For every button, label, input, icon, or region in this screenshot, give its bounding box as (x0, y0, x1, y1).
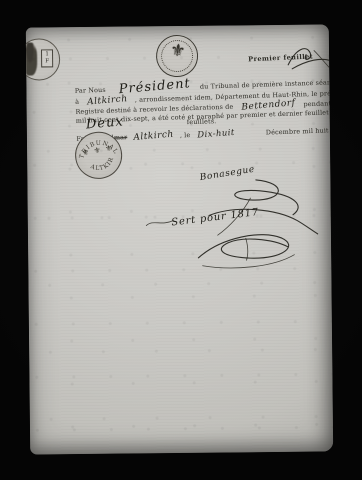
annotation-1817: Sert pour 1817 (171, 207, 260, 229)
paper-sheet: 1 F ⚜ Premier feuillet Par Nous Présiden… (26, 24, 333, 454)
revenue-stamp: 1 F (26, 38, 61, 80)
line6-handwritten-date: Dix-huit (197, 128, 235, 141)
line6-printed-mid: , le (180, 131, 191, 139)
stamp-value-box: 1 F (41, 49, 53, 67)
stamp-value-2: F (42, 58, 52, 65)
premier-feuillet-label: Premier feuillet (248, 52, 313, 63)
scanned-register-page: 1 F ⚜ Premier feuillet Par Nous Présiden… (0, 0, 362, 480)
bottom-signature-icon (187, 224, 307, 276)
tribunal-seal-left: TRIBUNAL CIVIL ALTKIRCH ⚜ ⚜ ⚜ (71, 128, 126, 183)
standing-figure-icon (26, 42, 38, 75)
line6-handwritten-place: Altkirch (133, 130, 174, 143)
line6-printed-right: Décembre mil huit cent seize. (266, 125, 333, 136)
signature-name: Bonasegue (199, 165, 255, 183)
